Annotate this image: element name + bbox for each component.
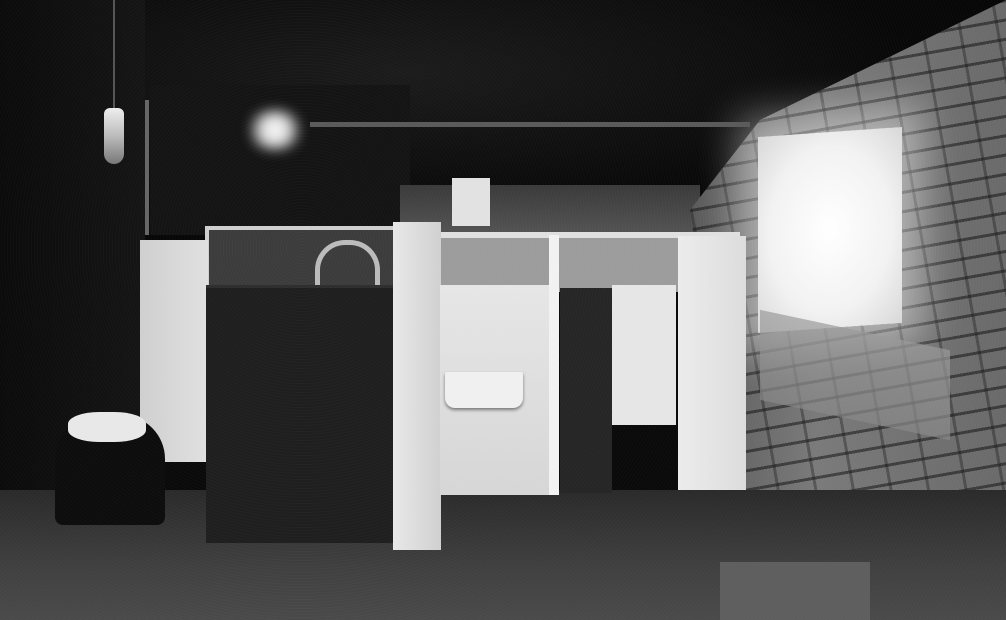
inner-stall-panel bbox=[612, 285, 676, 425]
arched-fixture bbox=[315, 240, 380, 290]
overhead-pipe bbox=[310, 122, 750, 127]
support-pole bbox=[145, 100, 149, 235]
stall-post bbox=[549, 235, 559, 495]
sink bbox=[445, 372, 523, 408]
restroom-photo: Interior of an early 20th-century restro… bbox=[0, 0, 1006, 620]
bright-window bbox=[758, 127, 902, 333]
distant-lamp-glow bbox=[245, 110, 305, 150]
floor-slab bbox=[720, 562, 870, 620]
bulb-cord bbox=[113, 0, 115, 110]
open-stall-door bbox=[393, 222, 441, 550]
toilet-tank bbox=[452, 178, 490, 226]
light-bulb-icon bbox=[104, 108, 124, 164]
dark-stall-door bbox=[206, 285, 396, 543]
upper-structure bbox=[150, 85, 410, 235]
right-stall-door bbox=[678, 236, 746, 490]
trash-paper bbox=[68, 412, 146, 442]
stall-frame-top bbox=[205, 226, 413, 290]
dark-stall-doorway bbox=[560, 288, 612, 493]
